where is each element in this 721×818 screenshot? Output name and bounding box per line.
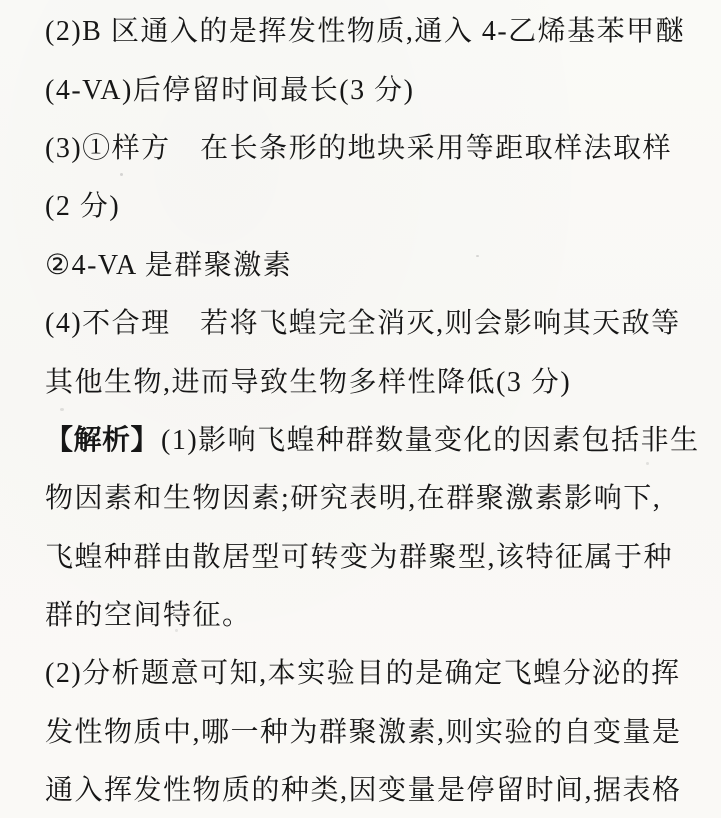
line-text: (2 分) [45,184,120,224]
text-line-analysis-start: 【解析】(1)影响飞蝗种群数量变化的因素包括非生 [45,409,703,467]
text-line-analysis-2: 物因素和生物因素;研究表明,在群聚激素影响下, [45,467,703,525]
text-line-analysis-4: 群的空间特征。 [45,584,703,642]
analysis-label: 【解析】 [45,418,159,458]
line-text: (2)分析题意可知,本实验目的是确定飞蝗分泌的挥 [45,651,681,691]
line-text: (1)影响飞蝗种群数量变化的因素包括非生 [161,418,700,458]
scan-speck [120,173,123,176]
scan-speck [646,462,649,465]
text-line-answer-3-score: (2 分) [45,175,703,233]
text-line-analysis-3: 飞蝗种群由散居型可转变为群聚型,该特征属于种 [45,526,703,584]
scanned-document-page: (2)B 区通入的是挥发性物质,通入 4-乙烯基苯甲醚 (4-VA)后停留时间最… [0,0,721,818]
text-line-answer-2b: (4-VA)后停留时间最长(3 分) [45,58,703,116]
line-text: (3)①样方 在长条形的地块采用等距取样法取样 [45,126,672,166]
document-text-block: (2)B 区通入的是挥发性物质,通入 4-乙烯基苯甲醚 (4-VA)后停留时间最… [0,0,721,818]
scan-speck [175,629,178,632]
line-text: 发性物质中,哪一种为群聚激素,则实验的自变量是 [45,710,682,750]
line-text: (4)不合理 若将飞蝗完全消灭,则会影响其天敌等 [45,301,681,341]
text-line-answer-3-2: ②4-VA 是群聚激素 [45,234,703,292]
scan-speck [476,255,479,257]
line-text: 飞蝗种群由散居型可转变为群聚型,该特征属于种 [45,535,673,575]
line-text: 群的空间特征。 [45,593,252,633]
line-text: 其他生物,进而导致生物多样性降低(3 分) [45,360,571,400]
line-text: ②4-VA 是群聚激素 [45,243,292,283]
line-text: 物因素和生物因素;研究表明,在群聚激素影响下, [45,476,661,516]
text-line-analysis-6: 发性物质中,哪一种为群聚激素,则实验的自变量是 [45,701,703,759]
text-line-answer-4b: 其他生物,进而导致生物多样性降低(3 分) [45,350,703,408]
text-line-answer-4a: (4)不合理 若将飞蝗完全消灭,则会影响其天敌等 [45,292,703,350]
scan-speck [60,408,64,411]
text-line-answer-2a: (2)B 区通入的是挥发性物质,通入 4-乙烯基苯甲醚 [45,0,703,58]
line-text: 通入挥发性物质的种类,因变量是停留时间,据表格 [45,768,682,808]
text-line-analysis-5: (2)分析题意可知,本实验目的是确定飞蝗分泌的挥 [45,642,703,700]
line-text: (4-VA)后停留时间最长(3 分) [45,68,414,108]
scan-speck [513,141,516,144]
line-text: (2)B 区通入的是挥发性物质,通入 4-乙烯基苯甲醚 [45,9,685,49]
text-line-analysis-7: 通入挥发性物质的种类,因变量是停留时间,据表格 [45,759,703,817]
text-line-answer-3-1: (3)①样方 在长条形的地块采用等距取样法取样 [45,117,703,175]
